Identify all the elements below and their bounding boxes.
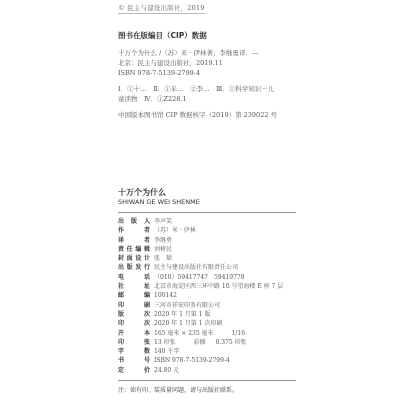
field-edition: 版 次2020 年 1 月第 1 版 [118,310,296,319]
field-price: 定 价24.80 元 [118,366,296,375]
cip-isbn: ISBN 978-7-5139-2799-4 [118,68,298,78]
cip-block: 图书在版编目（CIP）数据 十万个为什么 /（苏）米 · 伊林著；李继勇译．— … [118,30,298,120]
book-title: 十万个为什么 [118,188,296,198]
field-cover-design: 封面设计张 珺 [118,254,296,263]
cip-line: 十万个为什么 /（苏）米 · 伊林著；李继勇译．— [118,48,298,58]
field-word-count: 字 数140 千字 [118,347,296,356]
field-postcode: 邮 编100142 [118,291,296,300]
field-address: 社 址北京市海淀区西三环中路 10 号望海楼 E 座 7 层 [118,282,296,291]
quality-note: 注：如有印、装质量问题，请与出版社联系。 [118,385,296,394]
field-publisher: 出版发行民主与建设出版社有限责任公司 [118,263,296,272]
field-printer: 印 刷三河市祥宏印务有限公司 [118,301,296,310]
field-format: 开 本165 毫米 × 235 毫米1/16 [118,329,296,338]
field-publisher-person: 出 版 人李声笑 [118,217,296,226]
field-sheets: 印 张13 印张彩插0.375 印张 [118,338,296,347]
field-isbn: 书 号ISBN 978-7-5139-2799-4 [118,356,296,365]
cip-record-number: 中国版本图书馆 CIP 数据核字（2019）第 239022 号 [118,110,298,120]
field-author: 作 者（苏）米 · 伊林 [118,226,296,235]
divider [118,212,296,213]
field-phone: 电 话（010）59417747 59419778 [118,273,296,282]
cip-title: 图书在版编目（CIP）数据 [118,30,298,41]
field-editor: 责任编辑刘树民 [118,245,296,254]
cip-line: 北京：民主与建设出版社，2019.11 [118,58,298,68]
field-translator: 译 者李继勇 [118,236,296,245]
field-printing: 印 次2020 年 1 月第 1 次印刷 [118,319,296,328]
book-pinyin-title: SHIWAN GE WEI SHENME [118,198,296,207]
cip-classification: Ⅰ．①十… Ⅱ．①米… ②李… Ⅲ．①科学知识－儿 [118,84,298,94]
cip-classification: 童读物 Ⅳ．①Z228.1 [118,94,298,104]
copyright-line: © 民主与建设出版社，2019 [118,3,205,14]
divider [118,380,296,381]
colophon: 十万个为什么 SHIWAN GE WEI SHENME 出 版 人李声笑 作 者… [118,188,296,394]
